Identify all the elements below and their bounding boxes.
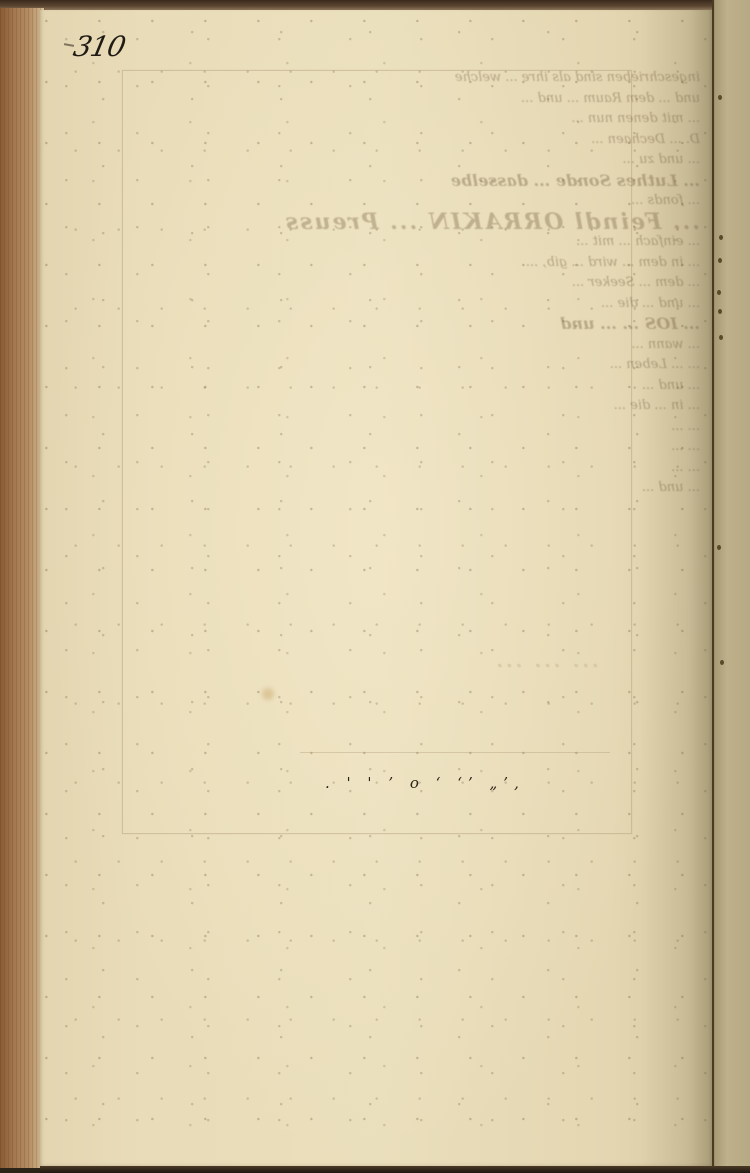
page-number: 310 (70, 30, 127, 63)
ink-marks: . ' ' ’ o ‘ ‘’ „’‚ (325, 774, 525, 792)
show-through-line: ... und zu ... (110, 150, 700, 171)
show-through-line: ... mit denen nun ... (110, 109, 700, 130)
show-through-line: ... in dem ... wird ... gib, ... (110, 253, 700, 274)
show-through-line: ... einfach ... mit ... (110, 232, 700, 253)
show-through-line: ... in ... die ... (110, 396, 700, 417)
fore-edge-leaves (0, 8, 45, 1168)
show-through-lower-text: ... ... ... (180, 640, 600, 675)
bottom-edge (40, 1166, 750, 1173)
show-through-line: ... und ... die ... (110, 294, 700, 315)
binding-specks (714, 0, 726, 1173)
show-through-line: ... ... (110, 417, 700, 438)
show-through-line: D. ... Dechaen ... (110, 130, 700, 151)
show-through-heading: ... Feindl ORRAKIN ... Preuss (110, 212, 700, 233)
show-through-line: ... ... (110, 437, 700, 458)
scanned-page: 310 ingeschrieben sind als ihre ... welc… (0, 0, 750, 1173)
show-through-line: ... IOS ... ... und (110, 314, 700, 335)
show-through-line: ... dem ... Seeker ... (110, 273, 700, 294)
show-through-line: ... wann ... (110, 335, 700, 356)
show-through-line: und ... dem Raum ... und ... (110, 89, 700, 110)
show-through-line: ... ... (110, 458, 700, 479)
paper-stain (262, 688, 274, 700)
show-through-line: ... und ... (110, 376, 700, 397)
show-through-line: ... Luthes Sonde ... dasselbe (110, 171, 700, 192)
top-edge (0, 0, 750, 10)
show-through-rule (300, 752, 610, 753)
show-through-line: ... ... Leben ... (110, 355, 700, 376)
show-through-line: ... und ... (110, 478, 700, 499)
show-through-line: ingeschrieben sind als ihre ... welche (110, 68, 700, 89)
show-through-text: ingeschrieben sind als ihre ... welche u… (110, 68, 700, 499)
